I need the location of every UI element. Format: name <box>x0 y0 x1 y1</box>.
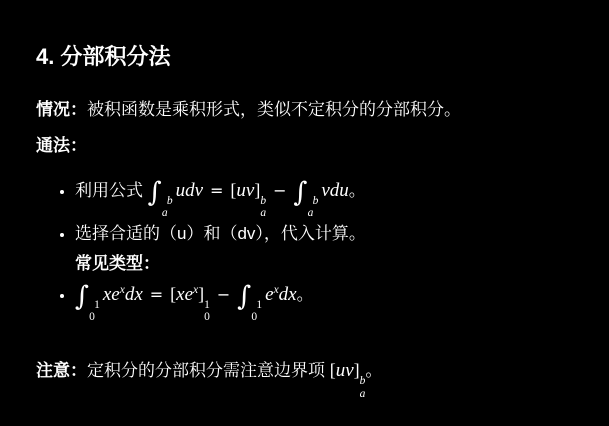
math-var: dx <box>125 284 143 305</box>
method-paragraph: 通法： <box>36 135 573 157</box>
integral-limits: 10 <box>251 299 262 323</box>
lower-limit: 0 <box>204 311 210 323</box>
math-var: xe <box>103 284 120 305</box>
bullet2-text: 选择合适的（u）和（dv），代入计算。 <box>75 224 366 243</box>
upper-limit: 1 <box>94 299 100 311</box>
integral-limits: ba <box>308 195 319 219</box>
integration-by-parts-formula: ∫baudv=[uv]ba−∫bavdu <box>148 180 349 201</box>
bullet-item-formula-rule: 利用公式 ∫baudv=[uv]ba−∫bavdu。 <box>75 175 573 219</box>
upper-limit: b <box>167 195 173 207</box>
integral-icon: ∫ <box>75 281 89 312</box>
situation-text: 被积函数是乘积形式，类似不定积分的分部积分。 <box>87 100 461 119</box>
math-var: e <box>265 284 273 305</box>
lower-limit: a <box>162 207 168 219</box>
upper-limit: 1 <box>204 299 210 311</box>
integral-icon: ∫ <box>148 177 162 208</box>
situation-label: 情况： <box>36 100 87 119</box>
math-var: vdu <box>321 180 348 201</box>
method-label: 通法： <box>36 136 87 155</box>
integral-icon: ∫ <box>294 177 308 208</box>
minus-sign: − <box>217 285 230 304</box>
integral-icon: ∫ <box>237 281 251 312</box>
example-formula: ∫10xexdx=[xex]10−∫10exdx <box>75 284 297 305</box>
note-label: 注意： <box>36 361 87 380</box>
lower-limit: 0 <box>89 311 95 323</box>
note-paragraph: 注意：定积分的分部积分需注意边界项 [uv]ba。 <box>36 357 573 399</box>
integral-limits: 10 <box>89 299 100 323</box>
note-suffix: 。 <box>365 361 382 380</box>
document-page: 4. 分部积分法 情况：被积函数是乘积形式，类似不定积分的分部积分。 通法： 利… <box>0 0 609 400</box>
math-var: udv <box>176 180 203 201</box>
math-var: uv <box>336 360 354 381</box>
bracket-limits: ba <box>260 195 266 219</box>
math-var: dx <box>279 284 297 305</box>
lower-limit: a <box>260 207 266 219</box>
common-types-subheading: 常见类型： <box>75 249 573 279</box>
math-var: xe <box>176 284 193 305</box>
math-var: uv <box>236 180 254 201</box>
bullet-item-choose-uv: 选择合适的（u）和（dv），代入计算。常见类型： <box>75 219 573 279</box>
equals-sign: = <box>210 181 223 200</box>
upper-limit: b <box>260 195 266 207</box>
bullet-item-example: ∫10xexdx=[xex]10−∫10exdx。 <box>75 279 573 323</box>
bullet1-suffix: 。 <box>349 181 366 200</box>
equals-sign: = <box>150 285 163 304</box>
exponent: x <box>193 284 198 296</box>
section-title: 4. 分部积分法 <box>36 40 573 71</box>
exponent: x <box>274 284 279 296</box>
upper-limit: b <box>313 195 319 207</box>
lower-limit: 0 <box>251 311 257 323</box>
boundary-term-formula: [uv]ba <box>330 360 366 381</box>
method-bullet-list: 利用公式 ∫baudv=[uv]ba−∫bavdu。 选择合适的（u）和（dv）… <box>36 175 573 323</box>
exponent: x <box>120 284 125 296</box>
note-text: 定积分的分部积分需注意边界项 <box>87 361 330 380</box>
integral-limits: ba <box>162 195 173 219</box>
lower-limit: a <box>308 207 314 219</box>
situation-paragraph: 情况：被积函数是乘积形式，类似不定积分的分部积分。 <box>36 99 573 121</box>
upper-limit: 1 <box>256 299 262 311</box>
bullet3-suffix: 。 <box>297 285 314 304</box>
bullet1-prefix: 利用公式 <box>75 181 148 200</box>
lower-limit: a <box>360 388 366 400</box>
bracket-limits: 10 <box>204 299 210 323</box>
minus-sign: − <box>273 181 286 200</box>
